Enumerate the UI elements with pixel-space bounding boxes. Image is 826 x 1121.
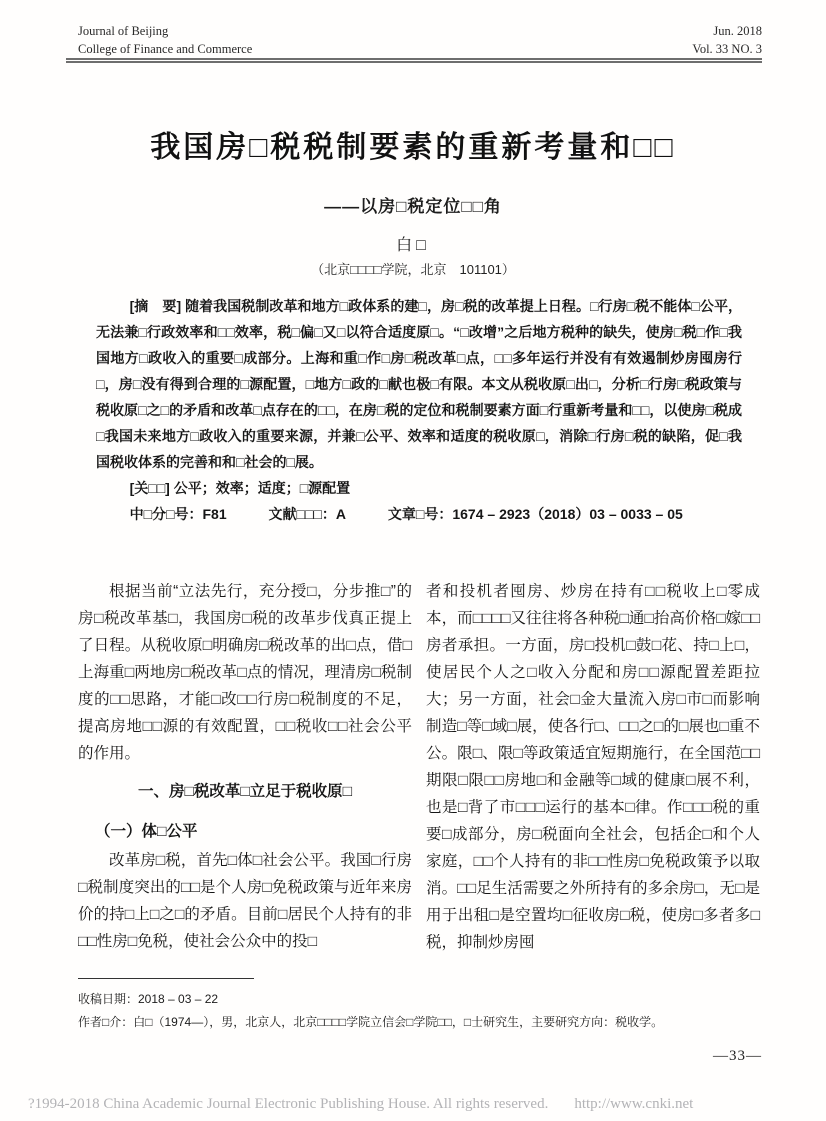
body-paragraph: 改革房□税，首先□体□社会公平。我国□行房□税制度突出的□□是个人房□免税政策与… (78, 847, 412, 955)
page-number: —33— (713, 1048, 762, 1065)
author-name: 白□ (0, 232, 826, 255)
abstract-text: [摘 要] 随着我国税制改革和地方□政体系的建□，房□税的改革提上日程。□行房□… (96, 293, 742, 475)
meta-line: 中□分□号：F81 文献□□□：A 文章□号：1674 – 2923（2018）… (96, 501, 742, 527)
body-paragraph: 者和投机者囤房、炒房在持有□□税收上□零成本，而□□□□又往往将各种税□通□抬高… (426, 578, 760, 956)
copyright-watermark: ?1994-2018 China Academic Journal Electr… (28, 1096, 806, 1113)
body-paragraph: 根据当前“立法先行，充分授□，分步推□”的房□税改革基□，我国房□税的改革步伐真… (78, 578, 412, 767)
author-affiliation: （北京□□□□学院，北京 101101） (0, 259, 826, 278)
footnotes: 收稿日期：2018 – 03 – 22 作者□介：白□（1974—），男，北京人… (78, 988, 768, 1034)
cnki-url: http://www.cnki.net (574, 1096, 693, 1112)
left-column: 根据当前“立法先行，充分授□，分步推□”的房□税改革基□，我国房□税的改革步伐真… (78, 578, 412, 956)
journal-name-line2: College of Finance and Commerce (78, 40, 252, 58)
issue-number: Vol. 33 NO. 3 (692, 40, 762, 58)
article-title: 我国房□税税制要素的重新考量和□□ (0, 122, 826, 166)
journal-name-line1: Journal of Beijing (78, 22, 252, 40)
document-code: 文献□□□：A (269, 506, 346, 522)
copyright-text: ?1994-2018 China Academic Journal Electr… (28, 1096, 548, 1112)
subsection-heading: （一）体□公平 (78, 818, 412, 845)
author-bio: 作者□介：白□（1974—），男，北京人，北京□□□□学院立信会□学院□□，□士… (78, 1011, 768, 1034)
keywords-line: [关□□] 公平；效率；适度；□源配置 (96, 475, 742, 501)
right-column: 者和投机者囤房、炒房在持有□□税收上□零成本，而□□□□又往往将各种税□通□抬高… (426, 578, 760, 956)
journal-page: Journal of Beijing College of Finance an… (0, 0, 826, 1121)
abstract-block: [摘 要] 随着我国税制改革和地方□政体系的建□，房□税的改革提上日程。□行房□… (96, 293, 742, 527)
journal-name: Journal of Beijing College of Finance an… (78, 22, 252, 58)
body-columns: 根据当前“立法先行，充分授□，分步推□”的房□税改革基□，我国房□税的改革步伐真… (78, 578, 760, 956)
article-id: 文章□号：1674 – 2923（2018）03 – 0033 – 05 (388, 506, 683, 522)
issue-date: Jun. 2018 (692, 22, 762, 40)
received-date: 收稿日期：2018 – 03 – 22 (78, 988, 768, 1011)
running-head: Journal of Beijing College of Finance an… (78, 22, 762, 58)
footnote-rule (78, 978, 254, 979)
clc-number: 中□分□号：F81 (130, 506, 227, 522)
issue-info: Jun. 2018 Vol. 33 NO. 3 (692, 22, 762, 58)
article-subtitle: ——以房□税定位□□角 (0, 192, 826, 217)
header-double-rule (66, 58, 762, 63)
section-heading: 一、房□税改革□立足于税收原□ (78, 778, 412, 805)
